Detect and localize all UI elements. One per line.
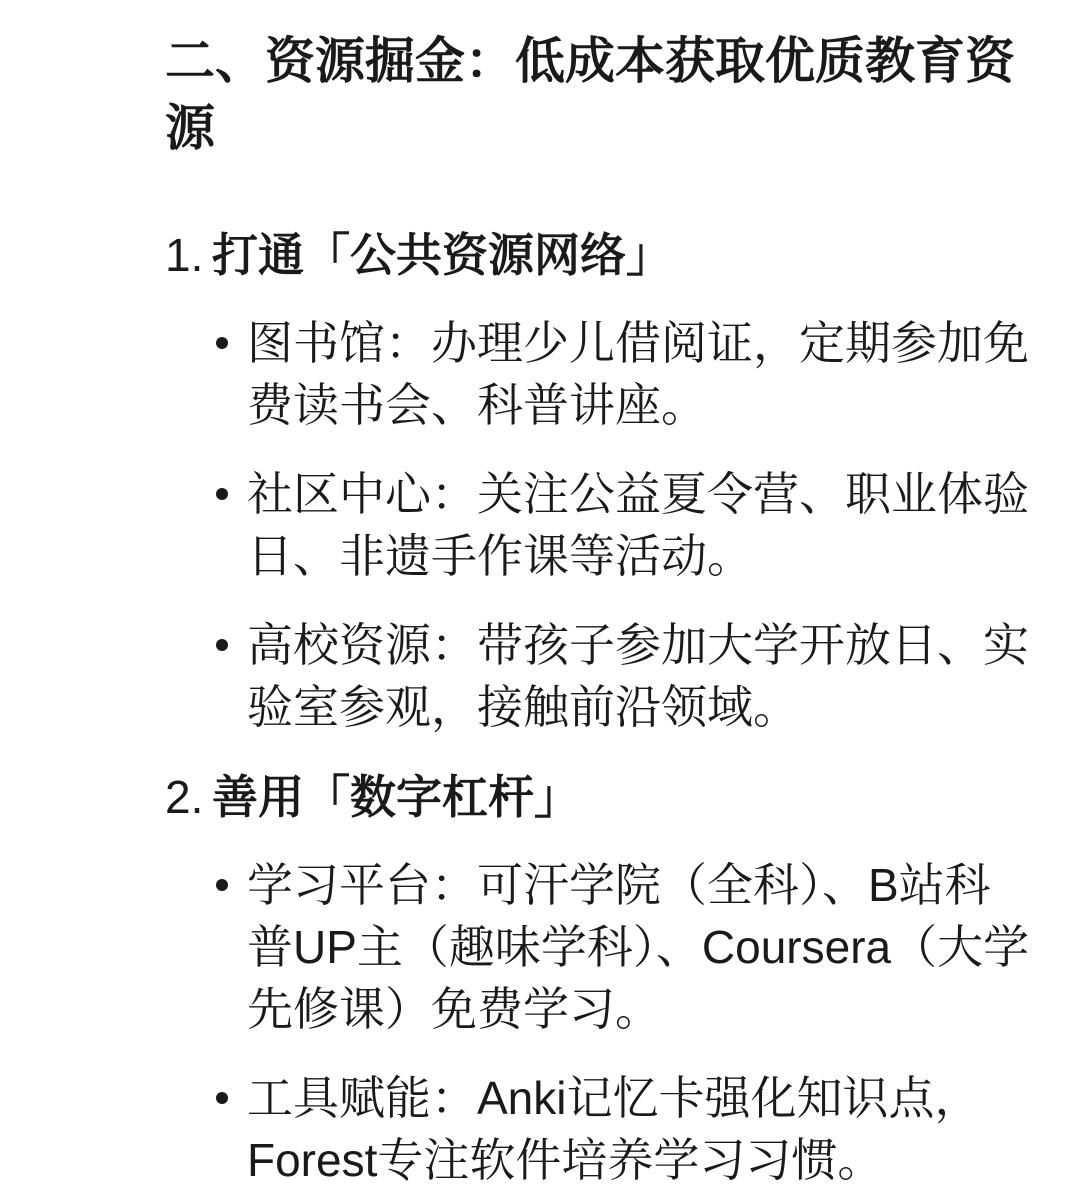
bullet-text: 学习平台：可汗学院（全科）、B站科普UP主（趣味学科）、Coursera（大学先… [247,854,1035,1040]
bullet-text: 社区中心：关注公益夏令营、职业体验日、非遗手作课等活动。 [247,463,1035,587]
bullet-text: 工具赋能：Anki记忆卡强化知识点，Forest专注软件培养学习习惯。 [247,1067,1035,1191]
list-item-public-resources: 1. 打通「公共资源网络」 图书馆：办理少儿借阅证，定期参加免费读书会、科普讲座… [165,224,1035,738]
document-page: 二、资源掘金：低成本获取优质教育资源 1. 打通「公共资源网络」 图书馆：办理少… [0,0,1080,1202]
bullet-marker-column [212,1067,247,1104]
list-number: 1. [165,224,212,286]
bullet-list: 学习平台：可汗学院（全科）、B站科普UP主（趣味学科）、Coursera（大学先… [212,854,1035,1191]
bullet-dot-icon [216,1092,228,1104]
bullet-marker-column [212,463,247,500]
bullet-item-learning-platforms: 学习平台：可汗学院（全科）、B站科普UP主（趣味学科）、Coursera（大学先… [212,854,1035,1040]
section-heading: 二、资源掘金：低成本获取优质教育资源 [165,28,1035,162]
bullet-marker-column [212,854,247,891]
bullet-dot-icon [216,337,228,349]
bullet-dot-icon [216,639,228,651]
bullet-marker-column [212,312,247,349]
list-item-digital-leverage: 2. 善用「数字杠杆」 学习平台：可汗学院（全科）、B站科普UP主（趣味学科）、… [165,766,1035,1191]
list-item-title: 打通「公共资源网络」 [212,224,1035,286]
list-item-title: 善用「数字杠杆」 [212,766,1035,828]
bullet-item-tools: 工具赋能：Anki记忆卡强化知识点，Forest专注软件培养学习习惯。 [212,1067,1035,1191]
list-number: 2. [165,766,212,828]
bullet-item-university-resources: 高校资源：带孩子参加大学开放日、实验室参观，接触前沿领域。 [212,614,1035,738]
bullet-text: 图书馆：办理少儿借阅证，定期参加免费读书会、科普讲座。 [247,312,1035,436]
bullet-item-library: 图书馆：办理少儿借阅证，定期参加免费读书会、科普讲座。 [212,312,1035,436]
bullet-marker-column [212,614,247,651]
list-item-body: 善用「数字杠杆」 学习平台：可汗学院（全科）、B站科普UP主（趣味学科）、Cou… [212,766,1035,1191]
bullet-dot-icon [216,488,228,500]
bullet-item-community-center: 社区中心：关注公益夏令营、职业体验日、非遗手作课等活动。 [212,463,1035,587]
numbered-list: 1. 打通「公共资源网络」 图书馆：办理少儿借阅证，定期参加免费读书会、科普讲座… [165,224,1035,1191]
list-item-body: 打通「公共资源网络」 图书馆：办理少儿借阅证，定期参加免费读书会、科普讲座。 社… [212,224,1035,738]
bullet-list: 图书馆：办理少儿借阅证，定期参加免费读书会、科普讲座。 社区中心：关注公益夏令营… [212,312,1035,738]
bullet-dot-icon [216,879,228,891]
bullet-text: 高校资源：带孩子参加大学开放日、实验室参观，接触前沿领域。 [247,614,1035,738]
